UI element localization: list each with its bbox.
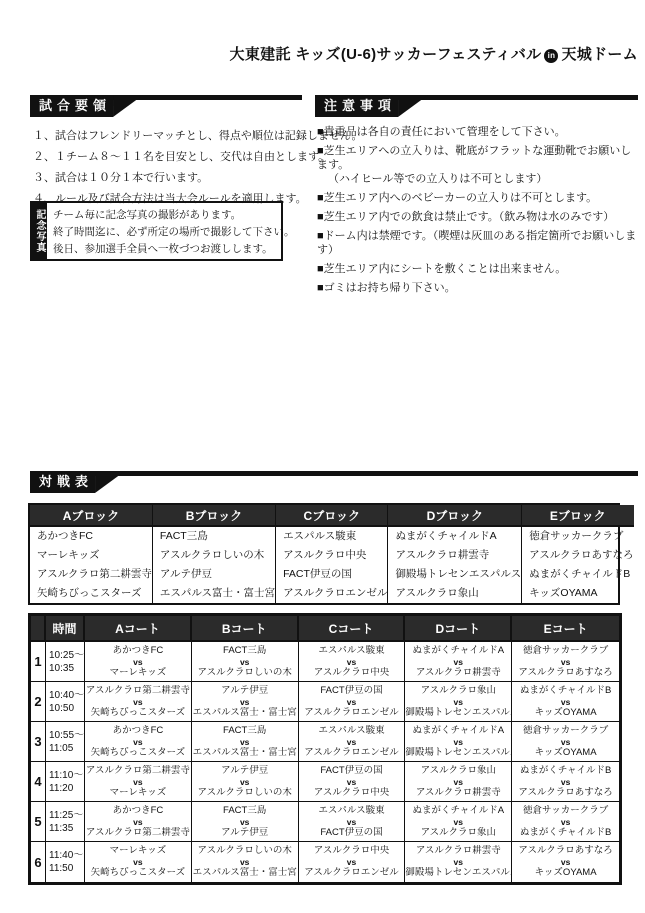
home-team: 徳倉サッカークラブ bbox=[512, 805, 619, 817]
title-venue: 天城ドーム bbox=[561, 46, 638, 63]
block-team: アスルクラロ象山 bbox=[388, 584, 521, 603]
schedule-row: 2 10:40～ 10:50 アスルクラロ第二耕雲寺 vs 矢崎ちびっこスターズ… bbox=[31, 682, 619, 722]
block-team: 徳倉サッカークラブ bbox=[522, 527, 633, 546]
guideline-item: ２、１チーム８～１１名を目安とし、交代は自由とします。 bbox=[33, 147, 308, 168]
match-cell-court-a: アスルクラロ第二耕雲寺 vs 矢崎ちびっこスターズ bbox=[85, 682, 192, 722]
bracket-banner: 対戦表 bbox=[30, 471, 638, 493]
away-team: アスルクラロ耕雲寺 bbox=[405, 667, 511, 679]
away-team: キッズOYAMA bbox=[512, 707, 619, 719]
match-cell-court-e: 徳倉サッカークラブ vs ぬまがくチャイルドB bbox=[512, 802, 619, 842]
vs-label: vs bbox=[299, 697, 405, 707]
time-end: 10:35 bbox=[49, 662, 84, 675]
block-team: エスパルス駿東 bbox=[276, 527, 387, 546]
precaution-item: ■芝生エリアへの立入りは、靴底がフラットな運動靴でお願いします。 （ハイヒール等… bbox=[317, 144, 642, 186]
block-team: あかつきFC bbox=[30, 527, 152, 546]
in-circle-badge: in bbox=[544, 49, 558, 63]
match-cell-court-d: アスルクラロ象山 vs アスルクラロ耕雲寺 bbox=[405, 762, 512, 802]
schedule-row: 1 10:25～ 10:35 あかつきFC vs マーレキッズ FACT三島 v… bbox=[31, 642, 619, 682]
match-cell-court-a: あかつきFC vs アスルクラロ第二耕雲寺 bbox=[85, 802, 192, 842]
vs-label: vs bbox=[192, 777, 298, 787]
block-team: アスルクラロしいの木 bbox=[153, 546, 275, 565]
away-team: 御殿場トレセンエスパルス bbox=[405, 747, 511, 759]
vs-label: vs bbox=[85, 817, 191, 827]
block-team: FACT伊豆の国 bbox=[276, 565, 387, 584]
vs-label: vs bbox=[405, 817, 511, 827]
away-team: アスルクラロ象山 bbox=[405, 827, 511, 839]
precaution-text: ■芝生エリア内での飲食は禁止です。（飲み物は水のみです） bbox=[317, 211, 614, 223]
precaution-text: ■貴重品は各自の責任において管理をして下さい。 bbox=[317, 126, 566, 138]
vs-label: vs bbox=[192, 737, 298, 747]
time-end: 11:50 bbox=[49, 862, 84, 875]
block-team: ぬまがくチャイルドB bbox=[522, 565, 633, 584]
home-team: FACT三島 bbox=[192, 645, 298, 657]
home-team: 徳倉サッカークラブ bbox=[512, 725, 619, 737]
home-team: アスルクラロあすなろ bbox=[512, 845, 619, 857]
block-team: アルテ伊豆 bbox=[153, 565, 275, 584]
document-page: 大東建託 キッズ(U-6)サッカーフェスティバルin天城ドーム 試合要領 １、試… bbox=[0, 0, 645, 913]
home-team: FACT伊豆の国 bbox=[299, 685, 405, 697]
vs-label: vs bbox=[85, 777, 191, 787]
vs-label: vs bbox=[512, 657, 619, 667]
vs-label: vs bbox=[299, 737, 405, 747]
court-c-header: Cコート bbox=[299, 616, 406, 642]
away-team: アスルクラロエンゼル bbox=[299, 707, 405, 719]
vs-label: vs bbox=[512, 697, 619, 707]
vs-label: vs bbox=[192, 697, 298, 707]
away-team: 矢崎ちびっこスターズ bbox=[85, 867, 191, 879]
vs-label: vs bbox=[405, 857, 511, 867]
away-team: 矢崎ちびっこスターズ bbox=[85, 747, 191, 759]
precaution-continuation: （ハイヒール等での立入りは不可とします） bbox=[317, 172, 642, 186]
match-cell-court-c: FACT伊豆の国 vs アスルクラロ中央 bbox=[299, 762, 406, 802]
bracket-table: Aブロック あかつきFC マーレキッズ アスルクラロ第二耕雲寺 矢崎ちびっこスタ… bbox=[28, 503, 620, 605]
home-team: エスパルス駿東 bbox=[299, 805, 405, 817]
block-team: エスパルス富士・富士宮 bbox=[153, 584, 275, 603]
precautions-heading: 注意事項 bbox=[315, 95, 398, 117]
away-team: エスパルス富士・富士宮 bbox=[192, 747, 298, 759]
match-cell-court-d: ぬまがくチャイルドA vs アスルクラロ象山 bbox=[405, 802, 512, 842]
bracket-block: Dブロック ぬまがくチャイルドA アスルクラロ耕雲寺 御殿場トレセンエスパルス … bbox=[388, 505, 522, 603]
vs-label: vs bbox=[192, 857, 298, 867]
home-team: ぬまがくチャイルドB bbox=[512, 685, 619, 697]
time-start: 10:55～ bbox=[49, 729, 84, 742]
photo-label-text: 記念写真 bbox=[32, 209, 47, 253]
court-b-header: Bコート bbox=[192, 616, 299, 642]
time-end: 11:20 bbox=[49, 782, 84, 795]
vs-label: vs bbox=[299, 817, 405, 827]
match-cell-court-b: FACT三島 vs アルテ伊豆 bbox=[192, 802, 299, 842]
schedule-table: 時間 Aコート Bコート Cコート Dコート Eコート 1 10:25～ 10:… bbox=[28, 613, 622, 885]
block-header: Eブロック bbox=[522, 505, 633, 527]
precaution-item: ■ゴミはお持ち帰り下さい。 bbox=[317, 281, 642, 295]
away-team: 御殿場トレセンエスパルス bbox=[405, 707, 511, 719]
home-team: FACT三島 bbox=[192, 725, 298, 737]
photo-line: チーム毎に記念写真の撮影があります。 bbox=[53, 207, 295, 224]
round-number: 1 bbox=[31, 642, 46, 682]
round-number: 3 bbox=[31, 722, 46, 762]
home-team: アスルクラロ象山 bbox=[405, 685, 511, 697]
time-start: 10:40～ bbox=[49, 689, 84, 702]
match-cell-court-c: アスルクラロ中央 vs アスルクラロエンゼル bbox=[299, 842, 406, 882]
time-start: 11:25～ bbox=[49, 809, 84, 822]
title-main: 大東建託 キッズ(U-6)サッカーフェスティバル bbox=[230, 46, 542, 63]
home-team: アルテ伊豆 bbox=[192, 765, 298, 777]
match-cell-court-d: アスルクラロ象山 vs 御殿場トレセンエスパルス bbox=[405, 682, 512, 722]
vs-label: vs bbox=[405, 697, 511, 707]
match-cell-court-c: FACT伊豆の国 vs アスルクラロエンゼル bbox=[299, 682, 406, 722]
home-team: FACT三島 bbox=[192, 805, 298, 817]
block-team: アスルクラロエンゼル bbox=[276, 584, 387, 603]
block-team: アスルクラロあすなろ bbox=[522, 546, 633, 565]
time-slot: 11:10～ 11:20 bbox=[46, 762, 85, 802]
schedule-row: 4 11:10～ 11:20 アスルクラロ第二耕雲寺 vs マーレキッズ アルテ… bbox=[31, 762, 619, 802]
schedule-row: 5 11:25～ 11:35 あかつきFC vs アスルクラロ第二耕雲寺 FAC… bbox=[31, 802, 619, 842]
block-header: Dブロック bbox=[388, 505, 521, 527]
photo-line: 終了時間迄に、必ず所定の場所で撮影して下さい。 bbox=[53, 224, 295, 241]
match-cell-court-b: アルテ伊豆 vs アスルクラロしいの木 bbox=[192, 762, 299, 802]
photo-line: 後日、参加選手全員へ一枚づつお渡しします。 bbox=[53, 241, 295, 258]
vs-label: vs bbox=[85, 737, 191, 747]
match-cell-court-c: エスパルス駿東 vs アスルクラロ中央 bbox=[299, 642, 406, 682]
block-team: FACT三島 bbox=[153, 527, 275, 546]
home-team: マーレキッズ bbox=[85, 845, 191, 857]
vs-label: vs bbox=[85, 697, 191, 707]
schedule-row: 6 11:40～ 11:50 マーレキッズ vs 矢崎ちびっこスターズ アスルク… bbox=[31, 842, 619, 882]
time-end: 11:05 bbox=[49, 742, 84, 755]
round-number: 6 bbox=[31, 842, 46, 882]
away-team: エスパルス富士・富士宮 bbox=[192, 867, 298, 879]
away-team: アスルクラロ耕雲寺 bbox=[405, 787, 511, 799]
round-number: 5 bbox=[31, 802, 46, 842]
block-team: マーレキッズ bbox=[30, 546, 152, 565]
away-team: アスルクラロあすなろ bbox=[512, 667, 619, 679]
match-cell-court-b: FACT三島 vs アスルクラロしいの木 bbox=[192, 642, 299, 682]
time-header: 時間 bbox=[46, 616, 85, 642]
away-team: FACT伊豆の国 bbox=[299, 827, 405, 839]
vs-label: vs bbox=[512, 777, 619, 787]
home-team: あかつきFC bbox=[85, 645, 191, 657]
vs-label: vs bbox=[299, 777, 405, 787]
block-team: ぬまがくチャイルドA bbox=[388, 527, 521, 546]
photo-notice-body: チーム毎に記念写真の撮影があります。 終了時間迄に、必ず所定の場所で撮影して下さ… bbox=[47, 203, 295, 259]
time-slot: 10:40～ 10:50 bbox=[46, 682, 85, 722]
home-team: ぬまがくチャイルドA bbox=[405, 725, 511, 737]
match-cell-court-b: FACT三島 vs エスパルス富士・富士宮 bbox=[192, 722, 299, 762]
block-team: アスルクラロ第二耕雲寺 bbox=[30, 565, 152, 584]
match-cell-court-c: エスパルス駿東 vs FACT伊豆の国 bbox=[299, 802, 406, 842]
home-team: 徳倉サッカークラブ bbox=[512, 645, 619, 657]
page-title: 大東建託 キッズ(U-6)サッカーフェスティバルin天城ドーム bbox=[230, 43, 638, 64]
time-slot: 10:55～ 11:05 bbox=[46, 722, 85, 762]
time-start: 11:10～ bbox=[49, 769, 84, 782]
block-header: Aブロック bbox=[30, 505, 152, 527]
match-cell-court-d: アスルクラロ耕雲寺 vs 御殿場トレセンエスパルス bbox=[405, 842, 512, 882]
court-a-header: Aコート bbox=[85, 616, 192, 642]
bracket-block: Cブロック エスパルス駿東 アスルクラロ中央 FACT伊豆の国 アスルクラロエン… bbox=[276, 505, 388, 603]
precaution-item: ■貴重品は各自の責任において管理をして下さい。 bbox=[317, 125, 642, 139]
away-team: マーレキッズ bbox=[85, 667, 191, 679]
time-start: 10:25～ bbox=[49, 649, 84, 662]
home-team: エスパルス駿東 bbox=[299, 725, 405, 737]
precaution-item: ■芝生エリア内にシートを敷くことは出来ません。 bbox=[317, 262, 642, 276]
bracket-block: Eブロック 徳倉サッカークラブ アスルクラロあすなろ ぬまがくチャイルドB キッ… bbox=[522, 505, 633, 603]
bracket-heading: 対戦表 bbox=[30, 471, 95, 493]
banner-slant bbox=[113, 95, 143, 117]
match-cell-court-a: アスルクラロ第二耕雲寺 vs マーレキッズ bbox=[85, 762, 192, 802]
guideline-item: ３、試合は１０分１本で行います。 bbox=[33, 168, 308, 189]
round-number: 4 bbox=[31, 762, 46, 802]
away-team: キッズOYAMA bbox=[512, 867, 619, 879]
home-team: アスルクラロ象山 bbox=[405, 765, 511, 777]
time-slot: 11:25～ 11:35 bbox=[46, 802, 85, 842]
away-team: エスパルス富士・富士宮 bbox=[192, 707, 298, 719]
home-team: アスルクラロ耕雲寺 bbox=[405, 845, 511, 857]
away-team: ぬまがくチャイルドB bbox=[512, 827, 619, 839]
guidelines-banner: 試合要領 bbox=[30, 95, 302, 117]
precautions-list: ■貴重品は各自の責任において管理をして下さい。 ■芝生エリアへの立入りは、靴底が… bbox=[317, 125, 642, 300]
home-team: アスルクラロ第二耕雲寺 bbox=[85, 685, 191, 697]
block-team: アスルクラロ中央 bbox=[276, 546, 387, 565]
precaution-text: ■芝生エリア内へのベビーカーの立入りは不可とします。 bbox=[317, 192, 597, 204]
match-cell-court-a: あかつきFC vs マーレキッズ bbox=[85, 642, 192, 682]
home-team: ぬまがくチャイルドB bbox=[512, 765, 619, 777]
home-team: エスパルス駿東 bbox=[299, 645, 405, 657]
photo-notice-label: 記念写真 bbox=[32, 203, 47, 259]
away-team: アルテ伊豆 bbox=[192, 827, 298, 839]
home-team: あかつきFC bbox=[85, 805, 191, 817]
vs-label: vs bbox=[405, 737, 511, 747]
match-cell-court-b: アルテ伊豆 vs エスパルス富士・富士宮 bbox=[192, 682, 299, 722]
vs-label: vs bbox=[85, 657, 191, 667]
match-cell-court-d: ぬまがくチャイルドA vs アスルクラロ耕雲寺 bbox=[405, 642, 512, 682]
away-team: アスルクラロエンゼル bbox=[299, 867, 405, 879]
banner-slant bbox=[398, 95, 428, 117]
away-team: アスルクラロしいの木 bbox=[192, 787, 298, 799]
round-number: 2 bbox=[31, 682, 46, 722]
match-cell-court-c: エスパルス駿東 vs アスルクラロエンゼル bbox=[299, 722, 406, 762]
vs-label: vs bbox=[512, 857, 619, 867]
home-team: ぬまがくチャイルドA bbox=[405, 645, 511, 657]
block-team: アスルクラロ耕雲寺 bbox=[388, 546, 521, 565]
away-team: 矢崎ちびっこスターズ bbox=[85, 707, 191, 719]
away-team: マーレキッズ bbox=[85, 787, 191, 799]
precaution-text: ■ゴミはお持ち帰り下さい。 bbox=[317, 282, 456, 294]
vs-label: vs bbox=[192, 657, 298, 667]
away-team: アスルクラロしいの木 bbox=[192, 667, 298, 679]
home-team: アルテ伊豆 bbox=[192, 685, 298, 697]
home-team: アスルクラロ第二耕雲寺 bbox=[85, 765, 191, 777]
away-team: アスルクラロあすなろ bbox=[512, 787, 619, 799]
time-start: 11:40～ bbox=[49, 849, 84, 862]
match-cell-court-e: アスルクラロあすなろ vs キッズOYAMA bbox=[512, 842, 619, 882]
time-end: 10:50 bbox=[49, 702, 84, 715]
corner-cell bbox=[31, 616, 46, 642]
time-slot: 11:40～ 11:50 bbox=[46, 842, 85, 882]
bracket-block: Aブロック あかつきFC マーレキッズ アスルクラロ第二耕雲寺 矢崎ちびっこスタ… bbox=[30, 505, 153, 603]
block-header: Bブロック bbox=[153, 505, 275, 527]
match-cell-court-e: 徳倉サッカークラブ vs アスルクラロあすなろ bbox=[512, 642, 619, 682]
photo-notice-box: 記念写真 チーム毎に記念写真の撮影があります。 終了時間迄に、必ず所定の場所で撮… bbox=[30, 201, 283, 261]
match-cell-court-e: ぬまがくチャイルドB vs キッズOYAMA bbox=[512, 682, 619, 722]
block-team: キッズOYAMA bbox=[522, 584, 633, 603]
guidelines-heading: 試合要領 bbox=[30, 95, 113, 117]
vs-label: vs bbox=[512, 737, 619, 747]
home-team: ぬまがくチャイルドA bbox=[405, 805, 511, 817]
away-team: アスルクラロ中央 bbox=[299, 667, 405, 679]
precaution-text: ■ドーム内は禁煙です。（喫煙は灰皿のある指定箇所でお願いします） bbox=[317, 230, 636, 256]
home-team: アスルクラロしいの木 bbox=[192, 845, 298, 857]
away-team: アスルクラロエンゼル bbox=[299, 747, 405, 759]
match-cell-court-d: ぬまがくチャイルドA vs 御殿場トレセンエスパルス bbox=[405, 722, 512, 762]
guidelines-list: １、試合はフレンドリーマッチとし、得点や順位は記録しません。 ２、１チーム８～１… bbox=[33, 126, 308, 210]
away-team: 御殿場トレセンエスパルス bbox=[405, 867, 511, 879]
home-team: あかつきFC bbox=[85, 725, 191, 737]
block-team: 御殿場トレセンエスパルス bbox=[388, 565, 521, 584]
match-cell-court-b: アスルクラロしいの木 vs エスパルス富士・富士宮 bbox=[192, 842, 299, 882]
banner-slant bbox=[95, 471, 125, 493]
precaution-item: ■ドーム内は禁煙です。（喫煙は灰皿のある指定箇所でお願いします） bbox=[317, 229, 642, 257]
match-cell-court-e: 徳倉サッカークラブ vs キッズOYAMA bbox=[512, 722, 619, 762]
bracket-block: Bブロック FACT三島 アスルクラロしいの木 アルテ伊豆 エスパルス富士・富士… bbox=[153, 505, 276, 603]
precaution-item: ■芝生エリア内での飲食は禁止です。（飲み物は水のみです） bbox=[317, 210, 642, 224]
vs-label: vs bbox=[405, 777, 511, 787]
vs-label: vs bbox=[85, 857, 191, 867]
vs-label: vs bbox=[405, 657, 511, 667]
vs-label: vs bbox=[299, 857, 405, 867]
away-team: キッズOYAMA bbox=[512, 747, 619, 759]
away-team: アスルクラロ第二耕雲寺 bbox=[85, 827, 191, 839]
time-end: 11:35 bbox=[49, 822, 84, 835]
block-header: Cブロック bbox=[276, 505, 387, 527]
time-slot: 10:25～ 10:35 bbox=[46, 642, 85, 682]
precaution-item: ■芝生エリア内へのベビーカーの立入りは不可とします。 bbox=[317, 191, 642, 205]
schedule-header-row: 時間 Aコート Bコート Cコート Dコート Eコート bbox=[31, 616, 619, 642]
schedule-row: 3 10:55～ 11:05 あかつきFC vs 矢崎ちびっこスターズ FACT… bbox=[31, 722, 619, 762]
home-team: アスルクラロ中央 bbox=[299, 845, 405, 857]
block-team: 矢崎ちびっこスターズ bbox=[30, 584, 152, 603]
match-cell-court-a: マーレキッズ vs 矢崎ちびっこスターズ bbox=[85, 842, 192, 882]
guideline-item: １、試合はフレンドリーマッチとし、得点や順位は記録しません。 bbox=[33, 126, 308, 147]
court-d-header: Dコート bbox=[405, 616, 512, 642]
vs-label: vs bbox=[299, 657, 405, 667]
match-cell-court-a: あかつきFC vs 矢崎ちびっこスターズ bbox=[85, 722, 192, 762]
precaution-text: ■芝生エリアへの立入りは、靴底がフラットな運動靴でお願いします。 bbox=[317, 145, 631, 171]
vs-label: vs bbox=[512, 817, 619, 827]
away-team: アスルクラロ中央 bbox=[299, 787, 405, 799]
precaution-text: ■芝生エリア内にシートを敷くことは出来ません。 bbox=[317, 263, 566, 275]
home-team: FACT伊豆の国 bbox=[299, 765, 405, 777]
court-e-header: Eコート bbox=[512, 616, 619, 642]
vs-label: vs bbox=[192, 817, 298, 827]
precautions-banner: 注意事項 bbox=[315, 95, 638, 117]
match-cell-court-e: ぬまがくチャイルドB vs アスルクラロあすなろ bbox=[512, 762, 619, 802]
